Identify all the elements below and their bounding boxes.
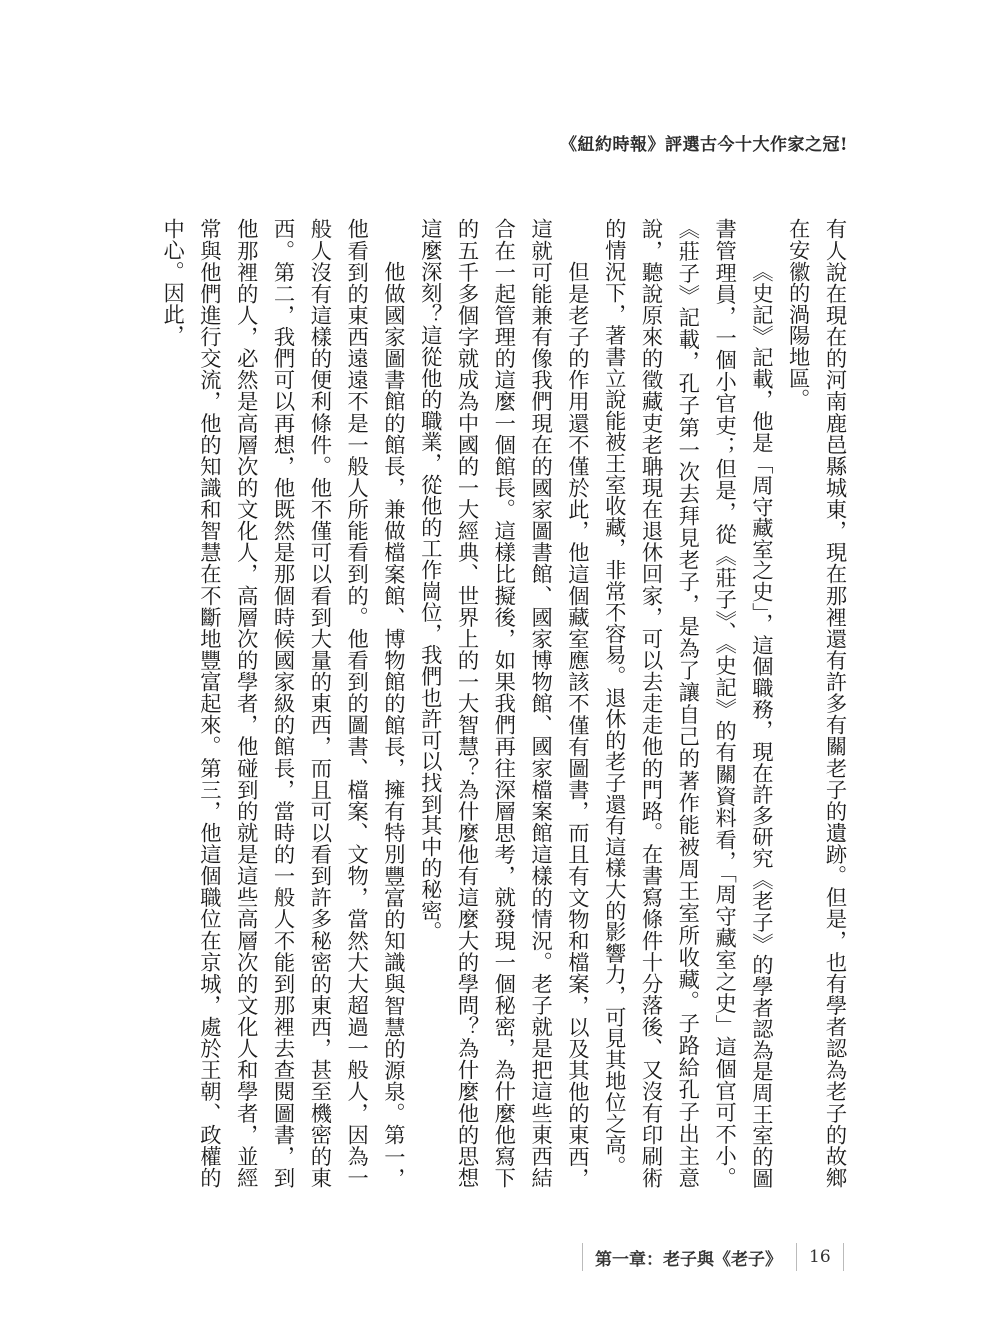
chapter-label: 第一章：老子與《老子》 bbox=[583, 1245, 796, 1270]
paragraph: 他做國家圖書館的館長，兼做檔案館、博物館的館長，擁有特別豐富的知識與智慧的源泉。… bbox=[153, 218, 411, 1188]
page-footer: 第一章：老子與《老子》 16 bbox=[582, 1240, 844, 1274]
divider bbox=[843, 1243, 844, 1271]
paragraph: 《史記》記載，他是「周守藏室之史」，這個職務，現在許多研究《老子》的學者認為是周… bbox=[594, 218, 778, 1188]
page-number: 16 bbox=[797, 1247, 843, 1267]
paragraph: 但是老子的作用還不僅於此，他這個藏室應該不僅有圖書，而且有文物和檔案，以及其他的… bbox=[410, 218, 594, 1188]
paragraph: 有人說在現在的河南鹿邑縣城東，現在那裡還有許多有關老子的遺跡。但是，也有學者認為… bbox=[778, 218, 852, 1188]
running-header-title: 《紐約時報》評選古今十大作家之冠! bbox=[560, 130, 848, 155]
vertical-body-text: 有人說在現在的河南鹿邑縣城東，現在那裡還有許多有關老子的遺跡。但是，也有學者認為… bbox=[153, 218, 852, 1188]
